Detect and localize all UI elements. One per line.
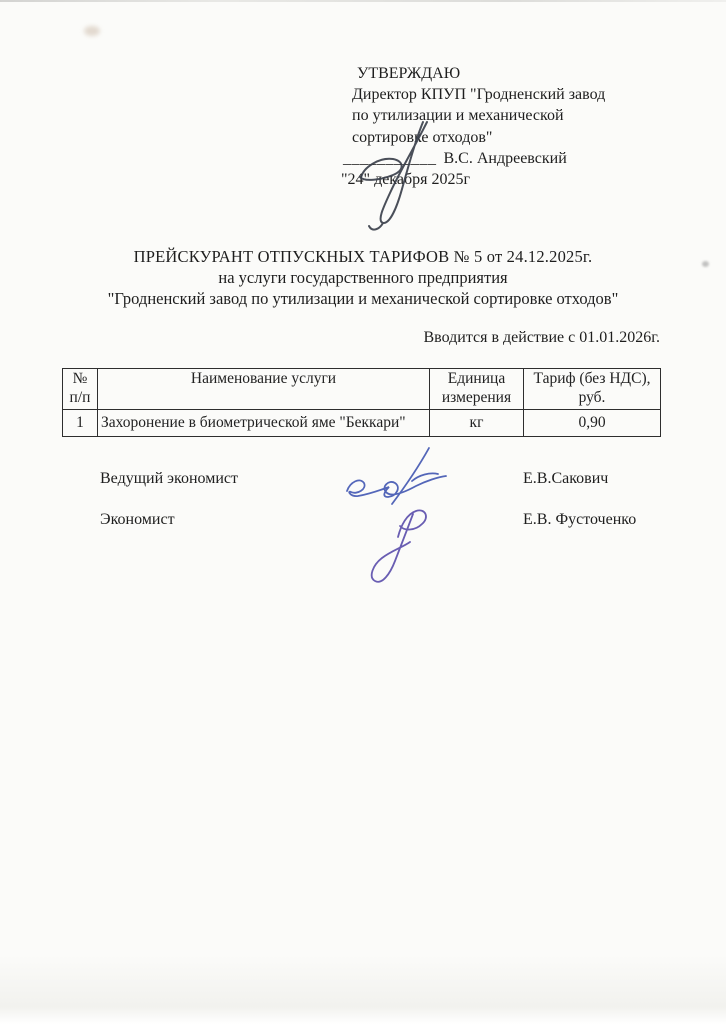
cell-num: 1 bbox=[63, 410, 98, 437]
economist-signature-1 bbox=[347, 448, 446, 504]
cell-tariff: 0,90 bbox=[524, 410, 661, 437]
approval-org-line: Директор КПУП "Гродненский завод bbox=[352, 84, 605, 105]
cell-service: Захоронение в биометрической яме "Беккар… bbox=[98, 410, 430, 437]
approval-org-line: сортировке отходов" bbox=[352, 127, 605, 148]
signatory-position-2: Экономист bbox=[100, 511, 175, 529]
signatory-position-1: Ведущий экономист bbox=[100, 470, 238, 488]
effective-date-note: Вводится в действие с 01.01.2026г. bbox=[423, 329, 660, 347]
table-header-row: № п/п Наименование услуги Единица измере… bbox=[63, 369, 661, 410]
approval-org-line: по утилизации и механической bbox=[352, 105, 605, 126]
header-service: Наименование услуги bbox=[98, 369, 430, 410]
header-unit: Единица измерения bbox=[430, 369, 524, 410]
header-tariff: Тариф (без НДС), руб. bbox=[524, 369, 661, 410]
title-line-2: на услуги государственного предприятия bbox=[0, 267, 726, 288]
scan-shade-artifact bbox=[0, 955, 726, 1024]
director-signature-line: ___________В.С. Андреевский bbox=[343, 148, 605, 169]
approval-heading: УТВЕРЖДАЮ bbox=[352, 63, 605, 84]
signatory-name-2: Е.В. Фусточенко bbox=[523, 511, 636, 529]
approval-date: "24" декабря 2025г bbox=[341, 169, 605, 190]
document-title: ПРЕЙСКУРАНТ ОТПУСКНЫХ ТАРИФОВ № 5 от 24.… bbox=[0, 246, 726, 309]
table-row: 1 Захоронение в биометрической яме "Бекк… bbox=[63, 410, 661, 437]
scan-smudge-artifact bbox=[84, 26, 100, 36]
document-page: УТВЕРЖДАЮ Директор КПУП "Гродненский зав… bbox=[0, 0, 726, 1024]
economist-signature-2 bbox=[372, 510, 426, 581]
tariff-table: № п/п Наименование услуги Единица измере… bbox=[62, 368, 661, 437]
title-line-3: "Гродненский завод по утилизации и механ… bbox=[0, 288, 726, 309]
director-name: В.С. Андреевский bbox=[444, 150, 567, 167]
signature-blank: ___________ bbox=[343, 150, 437, 167]
header-num: № п/п bbox=[63, 369, 98, 410]
scan-edge-artifact bbox=[0, 0, 726, 2]
approval-block: УТВЕРЖДАЮ Директор КПУП "Гродненский зав… bbox=[352, 63, 605, 190]
title-line-1: ПРЕЙСКУРАНТ ОТПУСКНЫХ ТАРИФОВ № 5 от 24.… bbox=[0, 246, 726, 267]
signatory-name-1: Е.В.Сакович bbox=[523, 470, 608, 488]
cell-unit: кг bbox=[430, 410, 524, 437]
